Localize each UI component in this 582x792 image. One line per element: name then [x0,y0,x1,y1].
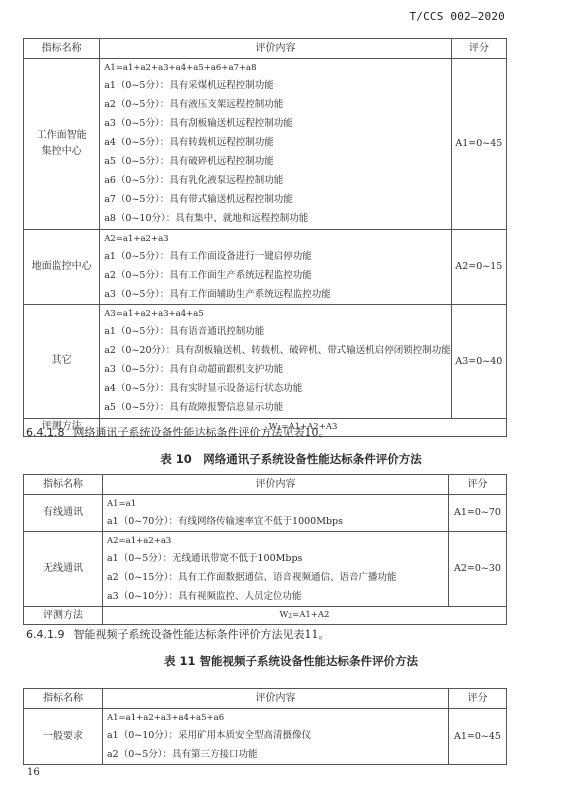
table-row: 地面监控中心 A2=a1+a2+a3 a1（0~5分）：具有工作面设备进行一键启… [24,229,507,304]
item: a3（0~5分）：具有刮板输送机远程控制功能 [104,114,451,133]
row-name: 无线通讯 [24,532,103,607]
section-6-4-1-9: 6.4.1.9智能视频子系统设备性能达标条件评价方法见表11。 [26,626,329,642]
item: a5（0~5分）：具有故障报警信息显示功能 [104,398,451,417]
section-text: 智能视频子系统设备性能达标条件评价方法见表11。 [73,628,329,641]
row-content: A2=a1+a2+a3 a1（0~5分）：具有工作面设备进行一键启停功能 a2（… [100,229,452,304]
formula: A1=a1+a2+a3+a4+a5+a6 [107,709,448,726]
item: a3（0~10分）：具有视频监控、人员定位功能 [107,587,448,606]
formula: A2=a1+a2+a3 [107,532,448,549]
header-name: 指标名称 [24,39,100,59]
table-row: 工作面智能集控中心 A1=a1+a2+a3+a4+a5+a6+a7+a8 a1（… [24,59,507,230]
item: a2（0~5分）：具有工作面生产系统远程监控功能 [104,266,451,285]
section-number: 6.4.1.9 [26,628,64,641]
row-name: 有线通讯 [24,495,103,532]
formula: A3=a1+a2+a3+a4+a5 [104,305,451,322]
item: a3（0~5分）：具有自动超前跟机支护功能 [104,360,451,379]
item: a7（0~5分）：具有带式输送机远程控制功能 [104,191,451,210]
row-content: A3=a1+a2+a3+a4+a5 a1（0~5分）：具有语音通讯控制功能 a2… [100,305,452,418]
item: a2（0~15分）：具有工作面数据通信、语音视频通信、语音广播功能 [107,568,448,587]
section-6-4-1-8: 6.4.1.8网络通讯子系统设备性能达标条件评价方法见表10。 [26,424,329,440]
row-score: A1=0~45 [449,709,507,765]
row-content: A1=a1+a2+a3+a4+a5+a6 a1（0~10分）：采用矿用本质安全型… [103,709,449,765]
method-row: 评测方法 W2=A1+A2 [24,607,507,625]
table-10-caption: 表 10 网络通讯子系统设备性能达标条件评价方法 [0,451,582,467]
item: a6（0~5分）：具有乳化液泵远程控制功能 [104,171,451,190]
row-name: 其它 [24,305,100,418]
row-content: A1=a1+a2+a3+a4+a5+a6+a7+a8 a1（0~5分）：具有采煤… [100,59,452,230]
row-content: A2=a1+a2+a3 a1（0~5分）：无线通讯带宽不低于100Mbps a2… [103,532,449,607]
header-score: 评分 [449,689,507,709]
item: a2（0~5分）：具有第三方接口功能 [107,745,448,764]
header-name: 指标名称 [24,689,103,709]
table-header-row: 指标名称 评价内容 评分 [24,689,507,709]
header-content: 评价内容 [103,475,449,495]
table-row: 一般要求 A1=a1+a2+a3+a4+a5+a6 a1（0~10分）：采用矿用… [24,709,507,765]
row-score: A3=0~40 [451,305,506,418]
formula: A2=a1+a2+a3 [104,230,451,247]
row-name: 一般要求 [24,709,103,765]
header-score: 评分 [449,475,507,495]
header-name: 指标名称 [24,475,103,495]
item: a2（0~20分）：具有刮板输送机、转载机、破碎机、带式输送机启停闭锁控制功能 [104,341,451,360]
item: a2（0~5分）：具有液压支架远程控制功能 [104,95,451,114]
item: a8（0~10分）：具有集中、就地和远程控制功能 [104,210,451,229]
row-score: A1=0~45 [451,59,506,230]
header-score: 评分 [451,39,506,59]
header-content: 评价内容 [100,39,452,59]
item: a4（0~5分）：具有转载机远程控制功能 [104,133,451,152]
table-row: 其它 A3=a1+a2+a3+a4+a5 a1（0~5分）：具有语音通讯控制功能… [24,305,507,418]
page-number: 16 [27,767,40,778]
document-code: T/CCS 002—2020 [409,10,505,23]
item: a5（0~5分）：具有破碎机远程控制功能 [104,152,451,171]
row-score: A1=0~70 [449,495,507,532]
item: a1（0~5分）：具有工作面设备进行一键启停功能 [104,247,451,266]
item: a4（0~5分）：具有实时显示设备运行状态功能 [104,379,451,398]
table-header-row: 指标名称 评价内容 评分 [24,39,507,59]
table-header-row: 指标名称 评价内容 评分 [24,475,507,495]
method-label: 评测方法 [24,607,103,625]
table-row: 无线通讯 A2=a1+a2+a3 a1（0~5分）：无线通讯带宽不低于100Mb… [24,532,507,607]
formula: A1=a1+a2+a3+a4+a5+a6+a7+a8 [104,59,451,76]
method-rest: =A1+A2 [292,610,329,620]
table-9-continued: 指标名称 评价内容 评分 工作面智能集控中心 A1=a1+a2+a3+a4+a5… [23,38,507,437]
item: a3（0~5分）：具有工作面辅助生产系统远程监控功能 [104,285,451,304]
method-w: W [280,610,289,620]
table-11-caption: 表 11 智能视频子系统设备性能达标条件评价方法 [0,653,582,669]
item: a1（0~5分）：无线通讯带宽不低于100Mbps [107,549,448,568]
row-name: 地面监控中心 [24,229,100,304]
item: a1（0~5分）：具有采煤机远程控制功能 [104,76,451,95]
row-name: 工作面智能集控中心 [24,59,100,230]
item: a1（0~5分）：具有语音通讯控制功能 [104,322,451,341]
item: a1（0~10分）：采用矿用本质安全型高清摄像仪 [107,726,448,745]
header-content: 评价内容 [103,689,449,709]
row-score: A2=0~30 [449,532,507,607]
method-formula: W2=A1+A2 [103,607,507,625]
section-text: 网络通讯子系统设备性能达标条件评价方法见表10。 [73,426,329,439]
table-11: 指标名称 评价内容 评分 一般要求 A1=a1+a2+a3+a4+a5+a6 a… [23,688,507,765]
table-10: 指标名称 评价内容 评分 有线通讯 A1=a1 a1（0~70分）：有线网络传输… [23,474,507,625]
table-row: 有线通讯 A1=a1 a1（0~70分）：有线网络传输速率宜不低于1000Mbp… [24,495,507,532]
row-content: A1=a1 a1（0~70分）：有线网络传输速率宜不低于1000Mbps [103,495,449,532]
formula: A1=a1 [107,495,448,512]
item: a1（0~70分）：有线网络传输速率宜不低于1000Mbps [107,512,448,531]
section-number: 6.4.1.8 [26,426,64,439]
row-score: A2=0~15 [451,229,506,304]
